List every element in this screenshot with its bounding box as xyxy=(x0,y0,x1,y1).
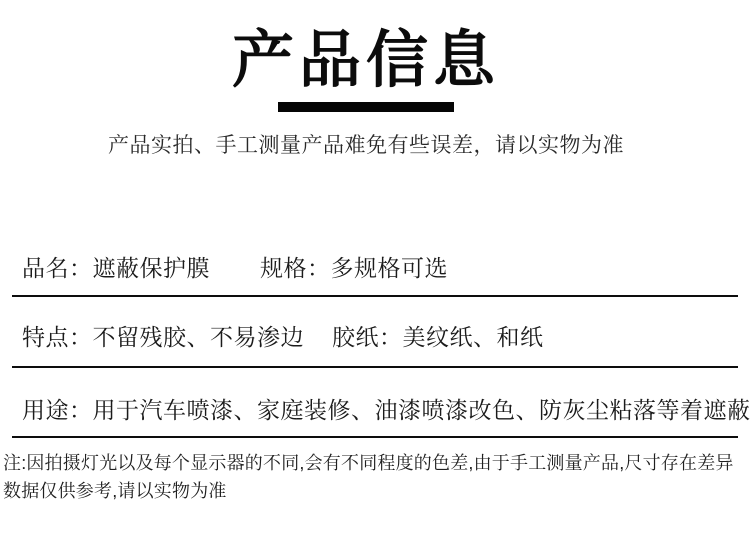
row-divider xyxy=(12,295,738,297)
spec-table: 品名：遮蔽保护膜 规格：多规格可选 特点：不留残胶、不易渗边 胶纸：美纹纸、和纸… xyxy=(0,254,750,438)
footnote: 注:因拍摄灯光以及每个显示器的不同,会有不同程度的色差,由于手工测量产品,尺寸存… xyxy=(0,449,750,505)
spec-row-usage: 用途：用于汽车喷漆、家庭装修、油漆喷漆改色、防灰尘粘落等着遮蔽 xyxy=(0,396,750,426)
spec-product-name: 品名：遮蔽保护膜 xyxy=(22,254,210,284)
spec-usage: 用途：用于汽车喷漆、家庭装修、油漆喷漆改色、防灰尘粘落等着遮蔽 xyxy=(22,396,750,426)
spec-features: 特点：不留残胶、不易渗边 xyxy=(22,323,304,353)
spec-tape-type: 胶纸：美纹纸、和纸 xyxy=(332,323,544,353)
footnote-line: 注:因拍摄灯光以及每个显示器的不同,会有不同程度的色差,由于手工测量产品,尺寸存… xyxy=(3,449,750,477)
row-divider xyxy=(12,436,738,438)
page-title: 产品信息 xyxy=(0,28,741,95)
product-info-sheet: 产品信息 产品实拍、手工测量产品难免有些误差，请以实物为准 品名：遮蔽保护膜 规… xyxy=(0,0,750,539)
title-underline-bar xyxy=(278,102,454,112)
spec-row-features-tape: 特点：不留残胶、不易渗边 胶纸：美纹纸、和纸 xyxy=(0,323,750,353)
spec-size: 规格：多规格可选 xyxy=(260,254,448,284)
subtitle: 产品实拍、手工测量产品难免有些误差，请以实物为准 xyxy=(0,133,741,159)
footnote-line: 数据仅供参考,请以实物为准 xyxy=(3,477,750,505)
row-divider xyxy=(12,366,738,368)
header: 产品信息 产品实拍、手工测量产品难免有些误差，请以实物为准 xyxy=(0,0,741,159)
spec-row-name-size: 品名：遮蔽保护膜 规格：多规格可选 xyxy=(0,254,750,284)
